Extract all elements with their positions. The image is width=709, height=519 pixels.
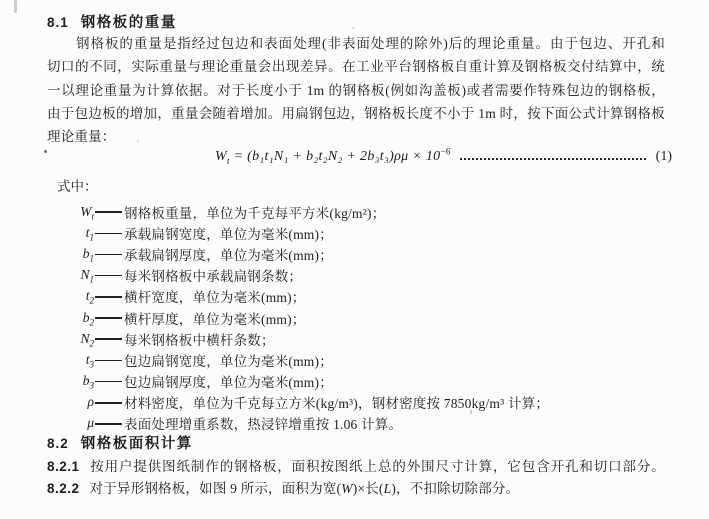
dot-leader: [460, 158, 646, 160]
definition-row-n1: N1 每米钢格板中承载扁钢条数；: [47, 265, 665, 286]
definition-row-wt: Wt 钢格板重量，单位为千克每平方米(kg/m²)；: [47, 201, 665, 222]
page-content: 8.1钢格板的重量 钢格板的重量是指经过包边和表面处理(非表面处理的除外)后的理…: [47, 0, 665, 519]
definition-dash: [95, 423, 122, 425]
definition-text: 包边扁钢厚度，单位为毫米(mm)；: [124, 371, 333, 391]
symbol-letter: W: [80, 204, 91, 219]
clause-8-2-2-text-pre: 对于异形钢格板，如图 9 所示，面积为宽(: [90, 481, 342, 496]
definition-row-b2: b2 横杆厚度，单位为毫米(mm)；: [47, 307, 665, 328]
definition-row-b3: b3 包边扁钢厚度，单位为毫米(mm)；: [47, 371, 665, 392]
symbol-subscript: 1: [90, 232, 95, 242]
symbol-letter: ρ: [88, 394, 94, 409]
symbol-definition-list: Wt 钢格板重量，单位为千克每平方米(kg/m²)； t1 承载扁钢宽度，单位为…: [47, 201, 665, 434]
definition-dash: [95, 317, 122, 319]
definition-text: 包边扁钢宽度，单位为毫米(mm)；: [124, 350, 333, 370]
intro-paragraph: 钢格板的重量是指经过包边和表面处理(非表面处理的除外)后的理论重量。由于包边、开…: [47, 32, 665, 148]
clause-8-2-1: 8.2.1按用户提供图纸制作的钢格板，面积按图纸上总的外围尺寸计算，它包含开孔和…: [47, 456, 665, 477]
clause-8-2-2-number: 8.2.2: [47, 481, 80, 496]
definition-dash: [95, 402, 122, 404]
variable-w: W: [341, 481, 352, 496]
symbol-b2: b2: [47, 310, 94, 326]
scanned-document-page: 8.1钢格板的重量 钢格板的重量是指经过包边和表面处理(非表面处理的除外)后的理…: [0, 0, 709, 519]
scan-smudge: [14, 0, 17, 13]
section-8-2-number: 8.2: [47, 436, 69, 451]
symbol-wt: Wt: [47, 204, 94, 220]
section-8-2-heading: 8.2钢格板面积计算: [47, 434, 193, 454]
definition-dash: [95, 275, 122, 277]
clause-8-2-2-text: 对于异形钢格板，如图 9 所示，面积为宽(W)×长(L)，不扣除切除部分。: [90, 481, 520, 496]
symbol-mu: μ: [47, 415, 94, 431]
symbol-letter: b: [83, 246, 90, 261]
symbol-letter: b: [83, 310, 90, 325]
section-8-2-title: 钢格板面积计算: [81, 436, 193, 452]
where-label: 式中：: [57, 177, 98, 197]
definition-dash: [95, 360, 122, 362]
symbol-subscript: 1: [90, 275, 95, 285]
definition-text: 每米钢格板中横杆条数；: [124, 329, 275, 349]
symbol-t3: t3: [47, 352, 94, 368]
definition-dash: [95, 338, 122, 340]
definition-row-mu: μ 表面处理增重系数，热浸锌增重按 1.06 计算。: [47, 413, 665, 434]
paragraph-line-3: 一以理论重量为计算依据。对于长度小于 1m 的钢格板(例如沟盖板)或者需要作特殊…: [47, 79, 665, 102]
clause-8-2-1-text: 按用户提供图纸制作的钢格板，面积按图纸上总的外围尺寸计算，它包含开孔和切口部分。: [90, 459, 665, 474]
symbol-subscript: 2: [90, 338, 95, 348]
clause-8-2-2: 8.2.2对于异形钢格板，如图 9 所示，面积为宽(W)×长(L)，不扣除切除部…: [47, 478, 665, 499]
paragraph-line-5: 理论重量：: [47, 125, 665, 148]
formula-body: = (b₁t₁N₁ + b₂t₂N₂ + 2b₃t₃)ρμ × 10: [230, 149, 441, 164]
paragraph-line-4: 由于包边板的增加，重量会随着增加。用扁钢包边，钢格板长度不小于 1m 时，按下面…: [47, 102, 665, 125]
symbol-b3: b3: [47, 373, 94, 389]
definition-dash: [95, 296, 122, 298]
definition-dash: [95, 211, 122, 213]
symbol-subscript: 3: [90, 381, 95, 391]
symbol-b1: b1: [47, 246, 94, 262]
definition-row-t1: t1 承载扁钢宽度，单位为毫米(mm)；: [47, 222, 665, 243]
section-8-1-heading: 8.1钢格板的重量: [47, 13, 177, 33]
symbol-rho: ρ: [47, 394, 94, 410]
definition-text: 承载扁钢宽度，单位为毫米(mm)；: [124, 223, 333, 243]
section-8-1-number: 8.1: [47, 15, 69, 30]
symbol-letter: μ: [87, 415, 94, 430]
symbol-t1: t1: [47, 225, 94, 241]
clause-8-2-2-text-post: )，不扣除切除部分。: [391, 481, 519, 496]
symbol-subscript: 2: [90, 317, 95, 327]
definition-dash: [95, 233, 122, 235]
symbol-letter: N: [80, 331, 89, 346]
definition-text: 材料密度，单位为千克每立方米(kg/m³)，钢材密度按 7850kg/m³ 计算…: [124, 392, 549, 412]
formula-number: (1): [656, 149, 672, 165]
symbol-letter: N: [80, 267, 89, 282]
symbol-n1: N1: [47, 267, 94, 283]
formula-exponent: −6: [440, 146, 450, 156]
definition-text: 表面处理增重系数，热浸锌增重按 1.06 计算。: [124, 413, 402, 433]
definition-dash: [95, 381, 122, 383]
definition-row-n2: N2 每米钢格板中横杆条数；: [47, 328, 665, 349]
symbol-letter: b: [83, 373, 90, 388]
definition-row-t3: t3 包边扁钢宽度，单位为毫米(mm)；: [47, 349, 665, 370]
section-8-1-title: 钢格板的重量: [81, 15, 177, 31]
definition-text: 每米钢格板中承载扁钢条数；: [124, 265, 302, 285]
formula-lhs-symbol: W: [215, 149, 227, 164]
definition-dash: [95, 254, 122, 256]
definition-row-t2: t2 横杆宽度，单位为毫米(mm)；: [47, 286, 665, 307]
symbol-subscript: 3: [90, 360, 95, 370]
definition-row-rho: ρ 材料密度，单位为千克每立方米(kg/m³)，钢材密度按 7850kg/m³ …: [47, 392, 665, 413]
symbol-t2: t2: [47, 288, 94, 304]
definition-text: 横杆厚度，单位为毫米(mm)；: [124, 308, 306, 328]
definition-row-b1: b1 承载扁钢厚度，单位为毫米(mm)；: [47, 243, 665, 264]
symbol-subscript: 1: [90, 254, 95, 264]
clause-8-2-1-number: 8.2.1: [47, 459, 80, 474]
symbol-n2: N2: [47, 331, 94, 347]
definition-text: 横杆宽度，单位为毫米(mm)；: [124, 286, 306, 306]
formula-expression: Wt = (b₁t₁N₁ + b₂t₂N₂ + 2b₃t₃)ρμ × 10−6: [215, 149, 451, 165]
symbol-subscript: 2: [90, 296, 95, 306]
definition-text: 承载扁钢厚度，单位为毫米(mm)；: [124, 244, 333, 264]
symbol-subscript: t: [91, 211, 94, 221]
formula-1-row: Wt = (b₁t₁N₁ + b₂t₂N₂ + 2b₃t₃)ρμ × 10−6 …: [47, 146, 672, 168]
paragraph-line-1: 钢格板的重量是指经过包边和表面处理(非表面处理的除外)后的理论重量。由于包边、开…: [47, 32, 665, 55]
clause-8-2-2-text-mid: )×长(: [353, 481, 384, 496]
paragraph-line-2: 切口的不同，实际重量与理论重量会出现差异。在工业平台钢格板自重计算及钢格板交付结…: [47, 55, 665, 78]
definition-text: 钢格板重量，单位为千克每平方米(kg/m²)；: [124, 202, 385, 222]
